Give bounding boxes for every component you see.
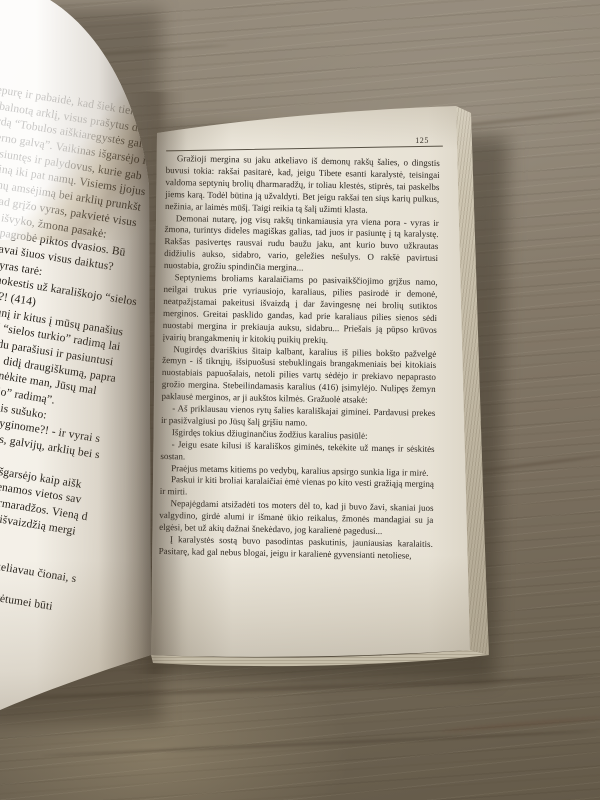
wood-grain-streak [440, 715, 600, 734]
wood-grain-streak [40, 730, 600, 757]
book-gutter-shadow [124, 92, 186, 674]
photo-open-book-on-table: 125 Gražioji mergina su jaku atkeliavo i… [0, 0, 600, 800]
